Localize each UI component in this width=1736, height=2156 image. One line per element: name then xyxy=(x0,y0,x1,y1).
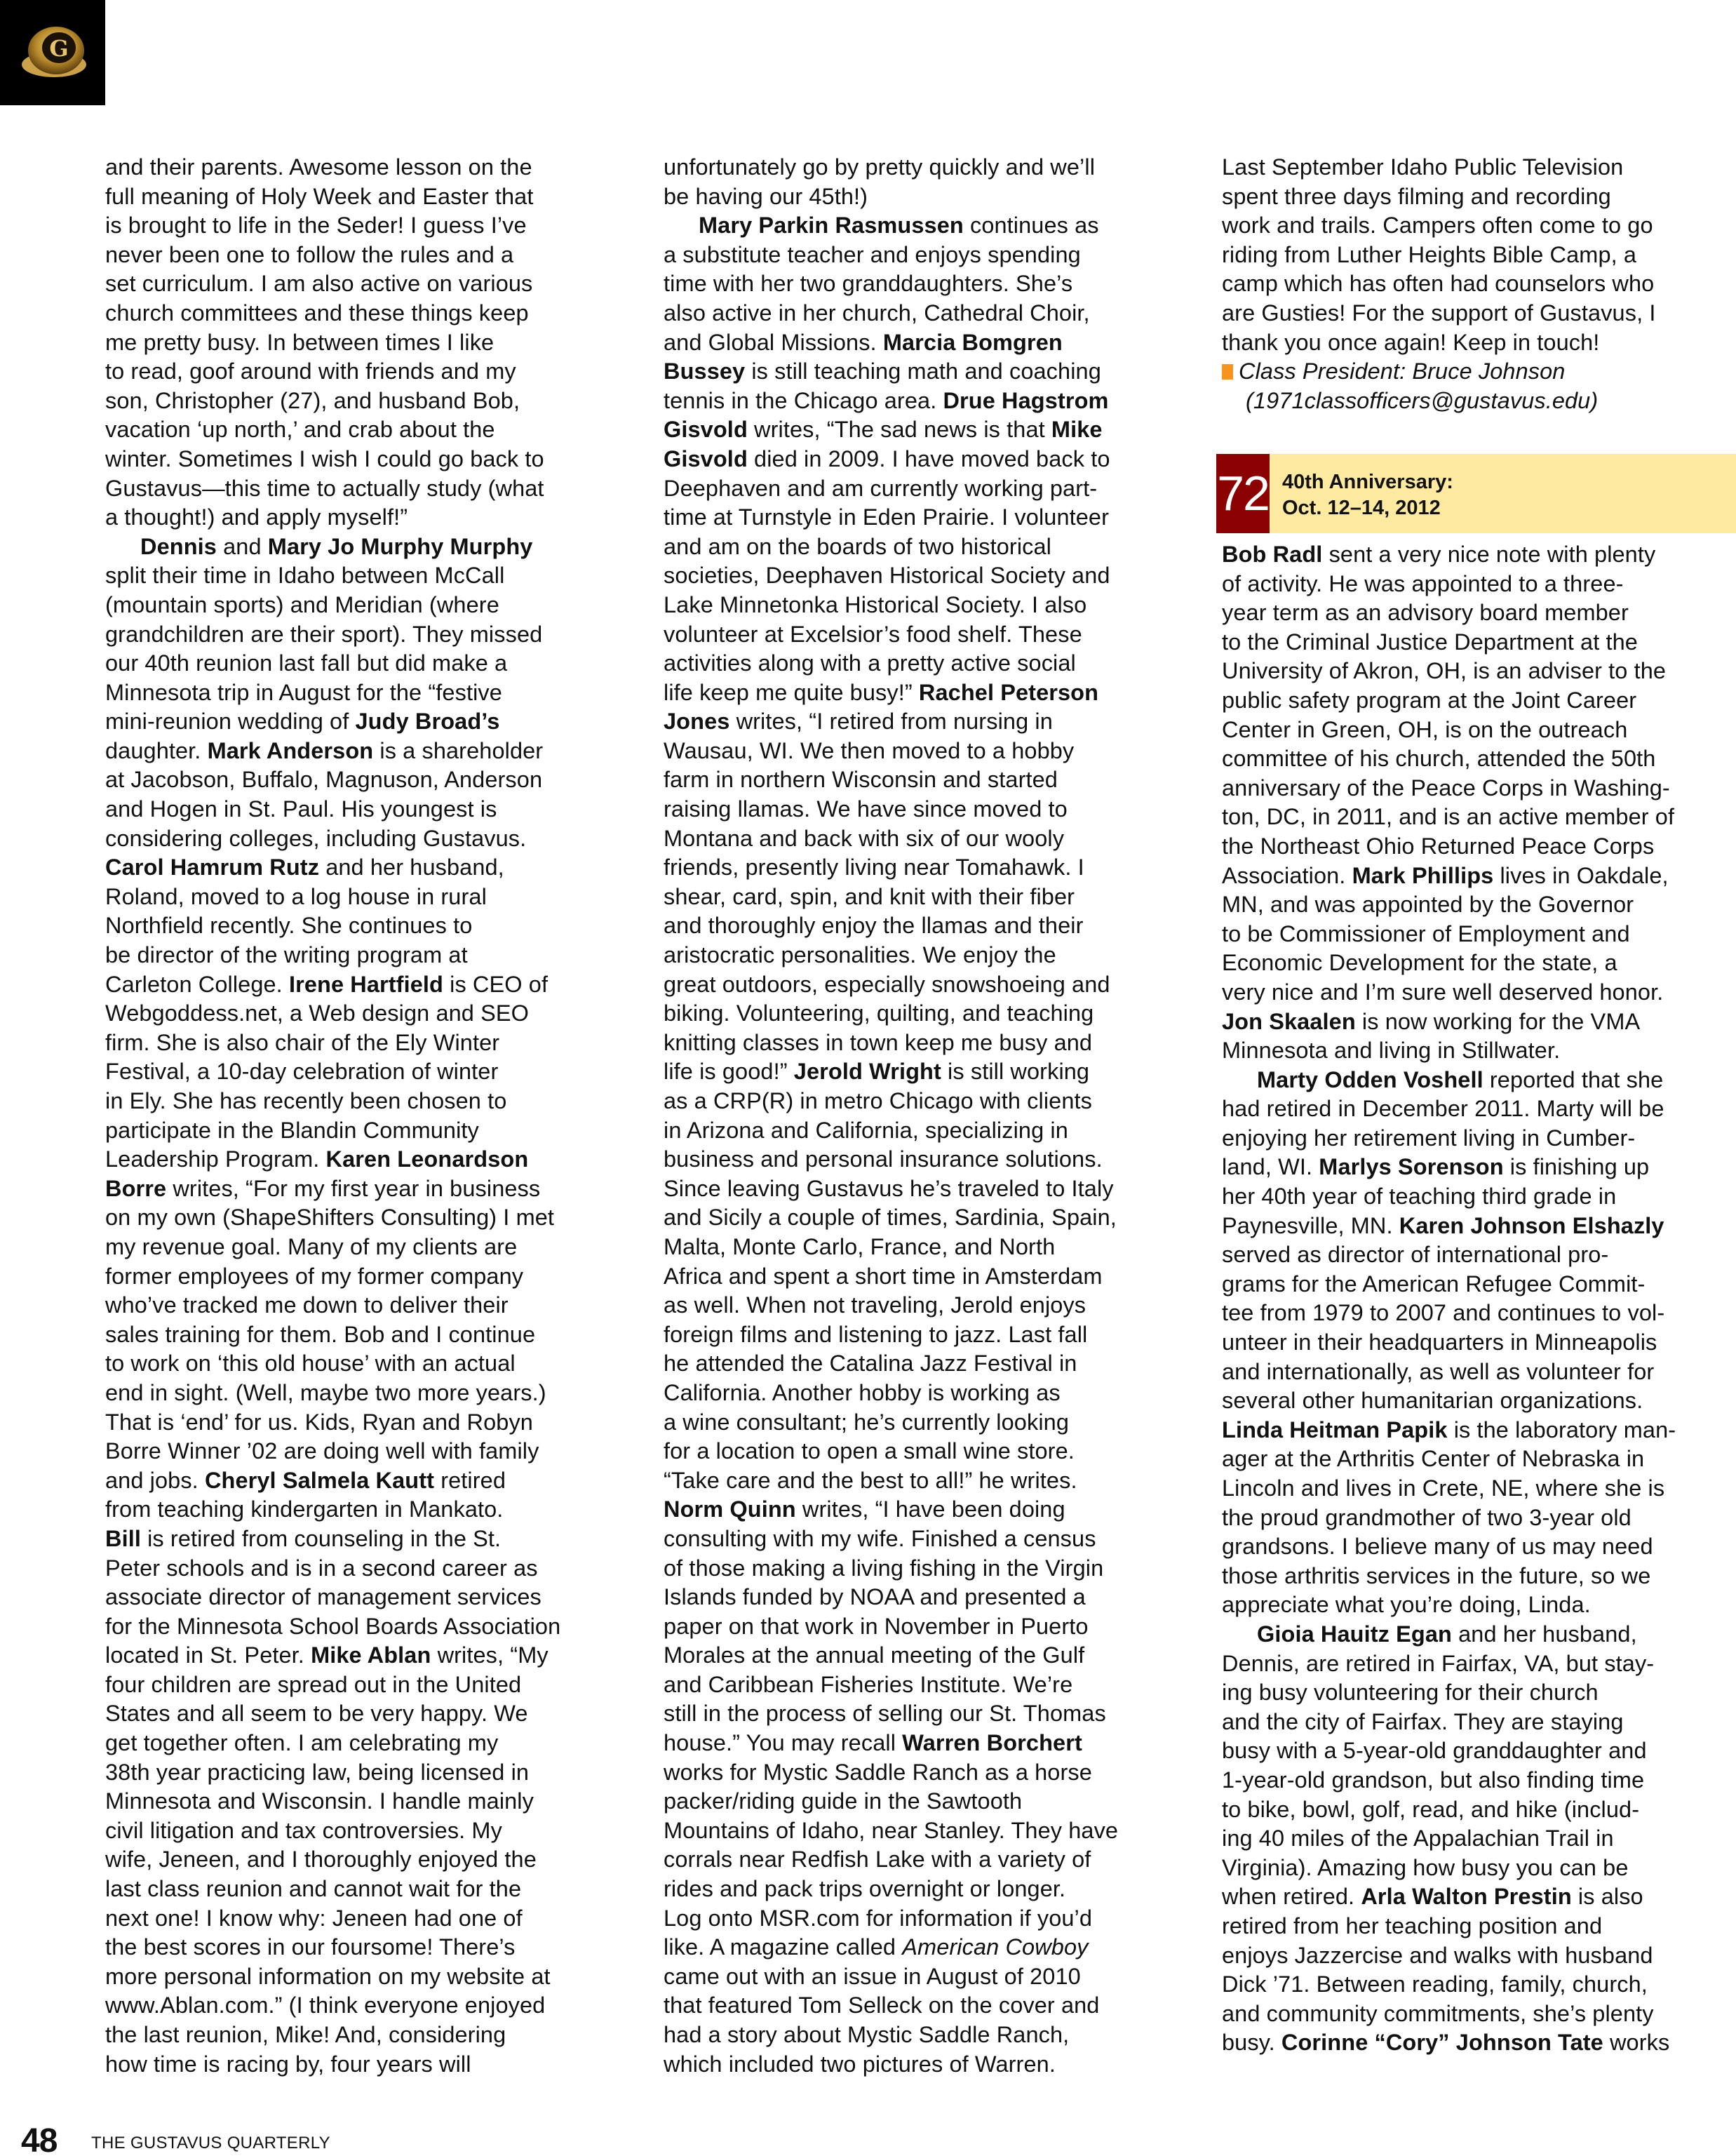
alumni-name: Bob Radl xyxy=(1222,542,1322,567)
alumni-name: Gioia Hauitz Egan xyxy=(1257,1621,1452,1647)
class-year-banner: 72 40th Anniversary: Oct. 12–14, 2012 xyxy=(1216,454,1736,533)
text-segment: year term as an advisory board member xyxy=(1222,600,1629,625)
text-line: Bill is retired from counseling in the S… xyxy=(105,1525,616,1554)
alumni-name: Cheryl Salmela Kautt xyxy=(205,1468,434,1493)
text-segment: the best scores in our foursome! There’s xyxy=(105,1934,515,1960)
text-segment: is the laboratory man- xyxy=(1448,1417,1676,1442)
text-line: camp which has often had counselors who xyxy=(1222,269,1732,299)
alumni-name: Gisvold xyxy=(664,417,748,442)
text-segment: is brought to life in the Seder! I guess… xyxy=(105,213,527,238)
text-segment: Malta, Monte Carlo, France, and North xyxy=(664,1234,1055,1259)
text-segment: paper on that work in November in Puerto xyxy=(664,1614,1089,1639)
text-line: Economic Development for the state, a xyxy=(1222,949,1732,978)
text-line: mini-reunion wedding of Judy Broad’s xyxy=(105,707,616,737)
text-line: raising llamas. We have since moved to xyxy=(664,795,1174,824)
text-segment: and Sicily a couple of times, Sardinia, … xyxy=(664,1205,1117,1230)
text-segment: those arthritis services in the future, … xyxy=(1222,1563,1650,1588)
text-segment: committee of his church, attended the 50… xyxy=(1222,746,1655,771)
text-line: set curriculum. I am also active on vari… xyxy=(105,269,616,299)
text-line: biking. Volunteering, quilting, and teac… xyxy=(664,999,1174,1029)
text-segment: came out with an issue in August of 2010 xyxy=(664,1964,1081,1989)
orange-square-bullet-icon xyxy=(1222,364,1233,380)
text-line: sales training for them. Bob and I conti… xyxy=(105,1320,616,1350)
alumni-name: Linda Heitman Papik xyxy=(1222,1417,1448,1442)
text-segment: when retired. xyxy=(1222,1884,1361,1909)
class-president-signature: Class President: Bruce Johnson xyxy=(1222,357,1732,387)
text-line: be director of the writing program at xyxy=(105,941,616,970)
text-segment: sent a very nice note with plenty xyxy=(1322,542,1655,567)
text-line: Borre Winner ’02 are doing well with fam… xyxy=(105,1437,616,1466)
text-segment: foreign films and listening to jazz. Las… xyxy=(664,1322,1087,1347)
text-segment: public safety program at the Joint Caree… xyxy=(1222,688,1636,713)
alumni-name: Bussey xyxy=(664,359,745,384)
text-line: never been one to follow the rules and a xyxy=(105,241,616,270)
text-line: anniversary of the Peace Corps in Washin… xyxy=(1222,774,1732,803)
text-line: foreign films and listening to jazz. Las… xyxy=(664,1320,1174,1350)
column-2: unfortunately go by pretty quickly and w… xyxy=(664,153,1174,2079)
text-segment: Borre Winner ’02 are doing well with fam… xyxy=(105,1438,539,1464)
text-line: and Global Missions. Marcia Bomgren xyxy=(664,328,1174,358)
email-text: (1971classofficers@gustavus.edu) xyxy=(1246,388,1598,413)
publication-name: THE GUSTAVUS QUARTERLY xyxy=(91,2133,330,2154)
text-segment: farm in northern Wisconsin and started xyxy=(664,767,1058,792)
text-segment: tennis in the Chicago area. xyxy=(664,388,943,413)
text-line: time with her two granddaughters. She’s xyxy=(664,269,1174,299)
text-segment: works xyxy=(1603,2030,1670,2055)
text-line: Minnesota and Wisconsin. I handle mainly xyxy=(105,1787,616,1816)
text-segment: and the city of Fairfax. They are stayin… xyxy=(1222,1709,1624,1734)
text-segment: retired xyxy=(434,1468,506,1493)
text-segment: had a story about Mystic Saddle Ranch, xyxy=(664,2022,1069,2047)
text-line: Bob Radl sent a very nice note with plen… xyxy=(1222,540,1732,570)
text-segment: Economic Development for the state, a xyxy=(1222,950,1617,975)
text-segment: participate in the Blandin Community xyxy=(105,1118,479,1143)
text-segment: a substitute teacher and enjoys spending xyxy=(664,242,1081,267)
text-line: shear, card, spin, and knit with their f… xyxy=(664,883,1174,912)
text-segment: Log onto MSR.com for information if you’… xyxy=(664,1906,1092,1931)
text-segment: on my own (ShapeShifters Consulting) I m… xyxy=(105,1205,554,1230)
text-segment: shear, card, spin, and knit with their f… xyxy=(664,884,1075,909)
text-segment: spent three days filming and recording xyxy=(1222,184,1611,209)
text-line: he attended the Catalina Jazz Festival i… xyxy=(664,1349,1174,1379)
text-segment: died in 2009. I have moved back to xyxy=(748,446,1110,471)
alumni-name: Marty Odden Voshell xyxy=(1257,1067,1483,1092)
text-line: a thought!) and apply myself!” xyxy=(105,503,616,533)
text-line: to bike, bowl, golf, read, and hike (inc… xyxy=(1222,1795,1732,1825)
text-segment: Carleton College. xyxy=(105,972,289,997)
text-line: Northfield recently. She continues to xyxy=(105,911,616,941)
text-line: vacation ‘up north,’ and crab about the xyxy=(105,415,616,445)
text-line: grams for the American Refugee Commit- xyxy=(1222,1270,1732,1299)
text-segment: daughter. xyxy=(105,738,208,763)
text-segment: tee from 1979 to 2007 and continues to v… xyxy=(1222,1300,1664,1325)
text-line: works for Mystic Saddle Ranch as a horse xyxy=(664,1758,1174,1788)
text-line: Minnesota trip in August for the “festiv… xyxy=(105,678,616,708)
text-line: church committees and these things keep xyxy=(105,299,616,328)
text-line: consulting with my wife. Finished a cens… xyxy=(664,1525,1174,1554)
text-line: how time is racing by, four years will xyxy=(105,2050,616,2080)
text-line: a substitute teacher and enjoys spending xyxy=(664,241,1174,270)
text-line: Jon Skaalen is now working for the VMA xyxy=(1222,1007,1732,1037)
text-segment: is still working xyxy=(941,1059,1089,1084)
text-segment: volunteer at Excelsior’s food shelf. The… xyxy=(664,622,1082,647)
text-line: daughter. Mark Anderson is a shareholder xyxy=(105,737,616,766)
text-line: Morales at the annual meeting of the Gul… xyxy=(664,1641,1174,1670)
text-segment: wife, Jeneen, and I thoroughly enjoyed t… xyxy=(105,1847,537,1872)
text-line: That is ‘end’ for us. Kids, Ryan and Rob… xyxy=(105,1408,616,1438)
text-segment: considering colleges, including Gustavus… xyxy=(105,826,526,851)
text-segment: MN, and was appointed by the Governor xyxy=(1222,892,1634,917)
text-segment: grandsons. I believe many of us may need xyxy=(1222,1534,1653,1559)
text-line: to be Commissioner of Employment and xyxy=(1222,920,1732,949)
text-line: for a location to open a small wine stor… xyxy=(664,1437,1174,1466)
text-line: and internationally, as well as voluntee… xyxy=(1222,1358,1732,1387)
text-line: and Hogen in St. Paul. His youngest is xyxy=(105,795,616,824)
text-line: split their time in Idaho between McCall xyxy=(105,561,616,591)
text-segment: as a CRP(R) in metro Chicago with client… xyxy=(664,1088,1092,1113)
text-line: grandchildren are their sport). They mis… xyxy=(105,620,616,650)
alumni-name: Mike Ablan xyxy=(311,1642,431,1668)
text-segment: is CEO of xyxy=(443,972,548,997)
anniversary-label: 40th Anniversary: xyxy=(1282,469,1453,495)
text-line: her 40th year of teaching third grade in xyxy=(1222,1182,1732,1212)
text-segment: Virginia). Amazing how busy you can be xyxy=(1222,1855,1629,1880)
text-line: and Sicily a couple of times, Sardinia, … xyxy=(664,1203,1174,1233)
alumni-name: Mary Parkin Rasmussen xyxy=(699,213,964,238)
text-segment: aristocratic personalities. We enjoy the xyxy=(664,942,1056,967)
text-segment: are Gusties! For the support of Gustavus… xyxy=(1222,300,1655,326)
text-segment: thank you once again! Keep in touch! xyxy=(1222,330,1599,355)
text-line: Since leaving Gustavus he’s traveled to … xyxy=(664,1174,1174,1204)
text-line: had a story about Mystic Saddle Ranch, xyxy=(664,2021,1174,2050)
alumni-name: Corinne “Cory” Johnson Tate xyxy=(1281,2030,1603,2055)
text-line: Linda Heitman Papik is the laboratory ma… xyxy=(1222,1416,1732,1445)
text-line: California. Another hobby is working as xyxy=(664,1379,1174,1408)
text-line: Last September Idaho Public Television xyxy=(1222,153,1732,182)
text-segment: sales training for them. Bob and I conti… xyxy=(105,1322,535,1347)
text-segment: is also xyxy=(1572,1884,1643,1909)
text-segment: and internationally, as well as voluntee… xyxy=(1222,1359,1654,1384)
text-segment: and community commitments, she’s plenty xyxy=(1222,2001,1654,2026)
text-line: farm in northern Wisconsin and started xyxy=(664,765,1174,795)
text-line: www.Ablan.com.” (I think everyone enjoye… xyxy=(105,1991,616,2021)
text-segment: and thoroughly enjoy the llamas and thei… xyxy=(664,913,1084,938)
text-line: year term as an advisory board member xyxy=(1222,598,1732,628)
text-line: Center in Green, OH, is on the outreach xyxy=(1222,716,1732,745)
text-segment: Association. xyxy=(1222,863,1352,888)
text-line: and Caribbean Fisheries Institute. We’re xyxy=(664,1670,1174,1700)
text-line: in Arizona and California, specializing … xyxy=(664,1116,1174,1146)
text-segment: 1-year-old grandson, but also finding ti… xyxy=(1222,1767,1644,1793)
text-segment: Minnesota trip in August for the “festiv… xyxy=(105,680,502,705)
text-line: Mary Parkin Rasmussen continues as xyxy=(664,211,1174,241)
text-segment: California. Another hobby is working as xyxy=(664,1380,1061,1405)
text-segment: to read, goof around with friends and my xyxy=(105,359,516,384)
text-segment: activities along with a pretty active so… xyxy=(664,650,1076,676)
alumni-name: Drue Hagstrom xyxy=(943,388,1108,413)
text-segment: reported that she xyxy=(1483,1067,1664,1092)
text-segment: to the Criminal Justice Department at th… xyxy=(1222,629,1638,655)
text-segment: business and personal insurance solution… xyxy=(664,1146,1103,1172)
text-line: on my own (ShapeShifters Consulting) I m… xyxy=(105,1203,616,1233)
text-line: unteer in their headquarters in Minneapo… xyxy=(1222,1328,1732,1358)
text-line: Borre writes, “For my first year in busi… xyxy=(105,1174,616,1204)
text-line: Lincoln and lives in Crete, NE, where sh… xyxy=(1222,1474,1732,1504)
text-line: still in the process of selling our St. … xyxy=(664,1699,1174,1729)
text-segment: full meaning of Holy Week and Easter tha… xyxy=(105,184,534,209)
alumni-name: Arla Walton Prestin xyxy=(1361,1884,1571,1909)
text-segment: for a location to open a small wine stor… xyxy=(664,1438,1075,1464)
text-line: societies, Deephaven Historical Society … xyxy=(664,561,1174,591)
text-line: last class reunion and cannot wait for t… xyxy=(105,1875,616,1904)
text-line: as well. When not traveling, Jerold enjo… xyxy=(664,1291,1174,1320)
alumni-name: Mark Phillips xyxy=(1352,863,1494,888)
text-segment: works for Mystic Saddle Ranch as a horse xyxy=(664,1760,1092,1785)
text-line: at Jacobson, Buffalo, Magnuson, Anderson xyxy=(105,765,616,795)
text-line: like. A magazine called American Cowboy xyxy=(664,1933,1174,1962)
text-line: from teaching kindergarten in Mankato. xyxy=(105,1495,616,1525)
text-segment: and Global Missions. xyxy=(664,330,883,355)
text-segment: enjoying her retirement living in Cumber… xyxy=(1222,1125,1635,1151)
text-segment: former employees of my former company xyxy=(105,1264,523,1289)
text-segment: last class reunion and cannot wait for t… xyxy=(105,1876,521,1901)
text-segment: he attended the Catalina Jazz Festival i… xyxy=(664,1351,1077,1376)
text-segment: the last reunion, Mike! And, considering xyxy=(105,2022,506,2047)
text-segment: Minnesota and living in Stillwater. xyxy=(1222,1038,1560,1063)
text-line: Association. Mark Phillips lives in Oakd… xyxy=(1222,862,1732,891)
alumni-name: Norm Quinn xyxy=(664,1497,796,1522)
alumni-name: Gisvold xyxy=(664,446,748,471)
text-line: wife, Jeneen, and I thoroughly enjoyed t… xyxy=(105,1845,616,1875)
text-segment: knitting classes in town keep me busy an… xyxy=(664,1030,1092,1055)
text-line: came out with an issue in August of 2010 xyxy=(664,1962,1174,1992)
text-segment: ing 40 miles of the Appalachian Trail in xyxy=(1222,1826,1614,1851)
text-line: Jones writes, “I retired from nursing in xyxy=(664,707,1174,737)
text-line: friends, presently living near Tomahawk.… xyxy=(664,853,1174,883)
text-line: enjoying her retirement living in Cumber… xyxy=(1222,1124,1732,1153)
text-line: civil litigation and tax controversies. … xyxy=(105,1816,616,1846)
text-line: son, Christopher (27), and husband Bob, xyxy=(105,387,616,416)
text-line: the last reunion, Mike! And, considering xyxy=(105,2021,616,2050)
text-line: riding from Luther Heights Bible Camp, a xyxy=(1222,241,1732,270)
text-segment: societies, Deephaven Historical Society … xyxy=(664,563,1110,588)
text-line: time at Turnstyle in Eden Prairie. I vol… xyxy=(664,503,1174,533)
text-line: Leadership Program. Karen Leonardson xyxy=(105,1145,616,1174)
text-segment: Gustavus—this time to actually study (wh… xyxy=(105,476,544,501)
italic-title: American Cowboy xyxy=(902,1934,1088,1960)
text-segment: to work on ‘this old house’ with an actu… xyxy=(105,1351,516,1376)
text-segment: at Jacobson, Buffalo, Magnuson, Anderson xyxy=(105,767,542,792)
text-segment: great outdoors, especially snowshoeing a… xyxy=(664,972,1110,997)
text-line: me pretty busy. In between times I like xyxy=(105,328,616,358)
text-line: and thoroughly enjoy the llamas and thei… xyxy=(664,911,1174,941)
text-line: Gisvold died in 2009. I have moved back … xyxy=(664,445,1174,474)
text-line: Malta, Monte Carlo, France, and North xyxy=(664,1233,1174,1262)
text-segment: Roland, moved to a log house in rural xyxy=(105,884,487,909)
text-line: University of Akron, OH, is an adviser t… xyxy=(1222,657,1732,686)
text-line: packer/riding guide in the Sawtooth xyxy=(664,1787,1174,1816)
text-line: which included two pictures of Warren. xyxy=(664,2050,1174,2080)
text-segment: served as director of international pro- xyxy=(1222,1242,1608,1267)
svg-text:G: G xyxy=(49,35,68,62)
text-segment: Lake Minnetonka Historical Society. I al… xyxy=(664,592,1086,617)
text-line: Gustavus—this time to actually study (wh… xyxy=(105,474,616,504)
text-segment: biking. Volunteering, quilting, and teac… xyxy=(664,1000,1094,1026)
text-line: ton, DC, in 2011, and is an active membe… xyxy=(1222,803,1732,832)
text-line: the best scores in our foursome! There’s xyxy=(105,1933,616,1962)
alumni-name: Borre xyxy=(105,1176,166,1201)
text-line: (mountain sports) and Meridian (where xyxy=(105,591,616,620)
text-line: Mountains of Idaho, near Stanley. They h… xyxy=(664,1816,1174,1846)
text-line: tee from 1979 to 2007 and continues to v… xyxy=(1222,1299,1732,1328)
text-segment: very nice and I’m sure well deserved hon… xyxy=(1222,979,1663,1005)
text-line: Islands funded by NOAA and presented a xyxy=(664,1583,1174,1612)
text-line: tennis in the Chicago area. Drue Hagstro… xyxy=(664,387,1174,416)
text-segment: associate director of management service… xyxy=(105,1584,541,1609)
text-line: great outdoors, especially snowshoeing a… xyxy=(664,970,1174,1000)
text-line: and community commitments, she’s plenty xyxy=(1222,2000,1732,2029)
reunion-dates: Oct. 12–14, 2012 xyxy=(1282,495,1453,521)
text-segment: is finishing up xyxy=(1504,1154,1650,1179)
text-segment: Lincoln and lives in Crete, NE, where sh… xyxy=(1222,1475,1664,1501)
text-segment: Africa and spent a short time in Amsterd… xyxy=(664,1264,1103,1289)
alumni-name: Marcia Bomgren xyxy=(883,330,1063,355)
text-segment: Since leaving Gustavus he’s traveled to … xyxy=(664,1176,1114,1201)
text-line: Dennis, are retired in Fairfax, VA, but … xyxy=(1222,1649,1732,1679)
text-segment: and her husband, xyxy=(319,855,504,880)
text-line: full meaning of Holy Week and Easter tha… xyxy=(105,182,616,212)
alumni-name: Bill xyxy=(105,1526,141,1551)
text-line: and the city of Fairfax. They are stayin… xyxy=(1222,1708,1732,1737)
text-line: had retired in December 2011. Marty will… xyxy=(1222,1094,1732,1124)
text-line: paper on that work in November in Puerto xyxy=(664,1612,1174,1642)
class-year-title: 40th Anniversary: Oct. 12–14, 2012 xyxy=(1282,469,1453,521)
text-line: 38th year practicing law, being licensed… xyxy=(105,1758,616,1788)
text-segment: “Take care and the best to all!” he writ… xyxy=(664,1468,1077,1493)
text-segment: appreciate what you’re doing, Linda. xyxy=(1222,1592,1591,1617)
text-line: aristocratic personalities. We enjoy the xyxy=(664,941,1174,970)
text-segment: busy. xyxy=(1222,2030,1281,2055)
text-line: firm. She is also chair of the Ely Winte… xyxy=(105,1029,616,1058)
text-line: Bussey is still teaching math and coachi… xyxy=(664,357,1174,387)
text-line: our 40th reunion last fall but did make … xyxy=(105,649,616,678)
alumni-name: Dennis xyxy=(140,534,217,559)
text-segment: unteer in their headquarters in Minneapo… xyxy=(1222,1330,1657,1355)
text-line: thank you once again! Keep in touch! xyxy=(1222,328,1732,358)
class-president-name: Class President: Bruce Johnson xyxy=(1239,359,1565,384)
text-line: 1-year-old grandson, but also finding ti… xyxy=(1222,1766,1732,1795)
text-segment: is still teaching math and coaching xyxy=(745,359,1101,384)
text-segment: in Arizona and California, specializing … xyxy=(664,1118,1068,1143)
text-line: house.” You may recall Warren Borchert xyxy=(664,1729,1174,1758)
text-segment: time at Turnstyle in Eden Prairie. I vol… xyxy=(664,504,1109,530)
alumni-name: Carol Hamrum Rutz xyxy=(105,855,319,880)
alumni-name: Jones xyxy=(664,709,729,734)
text-line: knitting classes in town keep me busy an… xyxy=(664,1029,1174,1058)
text-segment: to bike, bowl, golf, read, and hike (inc… xyxy=(1222,1797,1639,1822)
text-segment: friends, presently living near Tomahawk.… xyxy=(664,855,1084,880)
text-segment: from teaching kindergarten in Mankato. xyxy=(105,1497,503,1522)
text-segment: ton, DC, in 2011, and is an active membe… xyxy=(1222,804,1674,829)
text-segment: Dick ’71. Between reading, family, churc… xyxy=(1222,1971,1648,1997)
text-segment: get together often. I am celebrating my xyxy=(105,1730,498,1755)
text-segment: Wausau, WI. We then moved to a hobby xyxy=(664,738,1074,763)
text-segment: still in the process of selling our St. … xyxy=(664,1701,1106,1726)
text-line: when retired. Arla Walton Prestin is als… xyxy=(1222,1882,1732,1912)
text-segment: of activity. He was appointed to a three… xyxy=(1222,571,1624,596)
text-line: committee of his church, attended the 50… xyxy=(1222,744,1732,774)
text-line: the Northeast Ohio Returned Peace Corps xyxy=(1222,832,1732,862)
text-segment: is a shareholder xyxy=(373,738,543,763)
text-segment: life keep me quite busy!” xyxy=(664,680,919,705)
text-line: life keep me quite busy!” Rachel Peterso… xyxy=(664,678,1174,708)
text-line: public safety program at the Joint Caree… xyxy=(1222,686,1732,716)
text-segment: writes, “I have been doing xyxy=(796,1497,1065,1522)
text-line: end in sight. (Well, maybe two more year… xyxy=(105,1379,616,1408)
text-segment: University of Akron, OH, is an adviser t… xyxy=(1222,658,1666,683)
text-segment: who’ve tracked me down to deliver their xyxy=(105,1292,509,1318)
text-segment: be having our 45th!) xyxy=(664,184,868,209)
text-segment: (mountain sports) and Meridian (where xyxy=(105,592,499,617)
text-segment: vacation ‘up north,’ and crab about the xyxy=(105,417,495,442)
text-segment: is retired from counseling in the St. xyxy=(141,1526,501,1551)
text-segment: ing busy volunteering for their church xyxy=(1222,1680,1599,1705)
text-line: grandsons. I believe many of us may need xyxy=(1222,1532,1732,1562)
text-segment: be director of the writing program at xyxy=(105,942,468,967)
text-line: Norm Quinn writes, “I have been doing xyxy=(664,1495,1174,1525)
text-line: to the Criminal Justice Department at th… xyxy=(1222,628,1732,657)
text-line: Gioia Hauitz Egan and her husband, xyxy=(1222,1620,1732,1649)
text-line: volunteer at Excelsior’s food shelf. The… xyxy=(664,620,1174,650)
text-line: more personal information on my website … xyxy=(105,1962,616,1992)
text-line: winter. Sometimes I wish I could go back… xyxy=(105,445,616,474)
text-line: Dick ’71. Between reading, family, churc… xyxy=(1222,1970,1732,2000)
text-line: Marty Odden Voshell reported that she xyxy=(1222,1066,1732,1095)
text-line: Montana and back with six of our wooly xyxy=(664,824,1174,854)
text-segment: and her husband, xyxy=(1452,1621,1637,1647)
text-segment: civil litigation and tax controversies. … xyxy=(105,1818,502,1843)
text-segment: unfortunately go by pretty quickly and w… xyxy=(664,154,1095,180)
text-line: Gisvold writes, “The sad news is that Mi… xyxy=(664,415,1174,445)
text-segment: more personal information on my website … xyxy=(105,1964,551,1989)
text-segment: also active in her church, Cathedral Cho… xyxy=(664,300,1090,326)
alumni-name: Irene Hartfield xyxy=(289,972,443,997)
text-line: a wine consultant; he’s currently lookin… xyxy=(664,1408,1174,1438)
text-segment: the proud grandmother of two 3-year old xyxy=(1222,1505,1631,1530)
text-segment: ager at the Arthritis Center of Nebraska… xyxy=(1222,1446,1644,1471)
text-segment: that featured Tom Selleck on the cover a… xyxy=(664,1993,1099,2018)
column-3-class-72: Bob Radl sent a very nice note with plen… xyxy=(1222,540,1732,2058)
text-segment: and xyxy=(217,534,268,559)
text-line: Paynesville, MN. Karen Johnson Elshazly xyxy=(1222,1212,1732,1241)
text-segment: and am on the boards of two historical xyxy=(664,534,1051,559)
text-segment: Leadership Program. xyxy=(105,1146,326,1172)
text-segment: riding from Luther Heights Bible Camp, a xyxy=(1222,242,1636,267)
text-segment: which included two pictures of Warren. xyxy=(664,2051,1056,2077)
text-line: spent three days filming and recording xyxy=(1222,182,1732,212)
text-segment: and Caribbean Fisheries Institute. We’re xyxy=(664,1672,1072,1697)
text-line: “Take care and the best to all!” he writ… xyxy=(664,1466,1174,1496)
text-line: Lake Minnetonka Historical Society. I al… xyxy=(664,591,1174,620)
text-segment: Minnesota and Wisconsin. I handle mainly xyxy=(105,1788,534,1814)
text-segment: several other humanitarian organizations… xyxy=(1222,1388,1643,1413)
text-line: next one! I know why: Jeneen had one of xyxy=(105,1904,616,1934)
text-line: life is good!” Jerold Wright is still wo… xyxy=(664,1057,1174,1087)
text-segment: Islands funded by NOAA and presented a xyxy=(664,1584,1086,1609)
text-line: former employees of my former company xyxy=(105,1262,616,1292)
text-line: ager at the Arthritis Center of Nebraska… xyxy=(1222,1445,1732,1474)
alumni-name: Mike xyxy=(1051,417,1103,442)
